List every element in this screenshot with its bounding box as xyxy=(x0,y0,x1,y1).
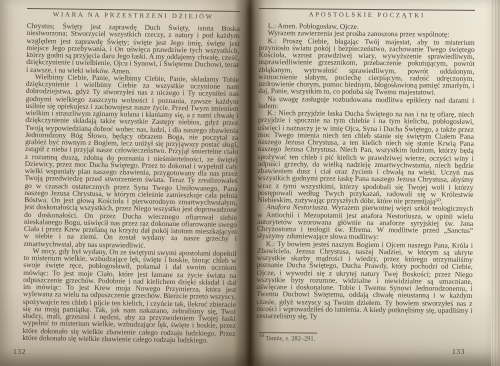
paragraph: K.: Ty bowiem jesteś naszym Bogiem i Ojc… xyxy=(256,239,473,321)
book-spread: WIARA NA PRZESTRZENI DZIEJÓW Chrystus; Ś… xyxy=(0,0,500,366)
paragraph: K.: Niech przyjdzie łaska Ducha Świętego… xyxy=(257,109,474,205)
left-page-content: WIARA NA PRZESTRZENI DZIEJÓW Chrystus; Ś… xyxy=(22,8,240,347)
paragraph: K.: Proszę Ciebie, błagając Twój majesta… xyxy=(258,36,474,96)
page-edge-stack xyxy=(491,0,500,366)
paragraph: Wielbimy Ciebie, Panie, wielbimy Ciebie,… xyxy=(24,73,239,250)
footnote-rule xyxy=(259,332,317,334)
page-number-left: 132 xyxy=(13,347,26,356)
running-head-left: WIARA NA PRZESTRZENI DZIEJÓW xyxy=(27,8,240,22)
paragraph: W nocy, gdy był wydany, On ze świętymi s… xyxy=(22,247,236,344)
right-page-body: L.: Amen. Pobłogosław, Ojcze. Wyrazem za… xyxy=(256,22,475,330)
paragraph: Chrystus; Święty jest zaprawdę Duch Świę… xyxy=(26,22,240,76)
footnote-text: Tamże, s. 282–291. xyxy=(264,335,315,343)
right-page-content: APOSTOLSKIE POCZĄTKI L.: Amen. Pobłogosł… xyxy=(256,8,475,330)
running-head-right: APOSTOLSKIE POCZĄTKI xyxy=(259,8,475,21)
page-number-right: 133 xyxy=(452,347,465,356)
paragraph-anafora: Anafora Nestoriusza. Wyrazem pierwotnej … xyxy=(257,203,473,241)
left-page-body: Chrystus; Święty jest zaprawdę Duch Świę… xyxy=(22,22,239,347)
